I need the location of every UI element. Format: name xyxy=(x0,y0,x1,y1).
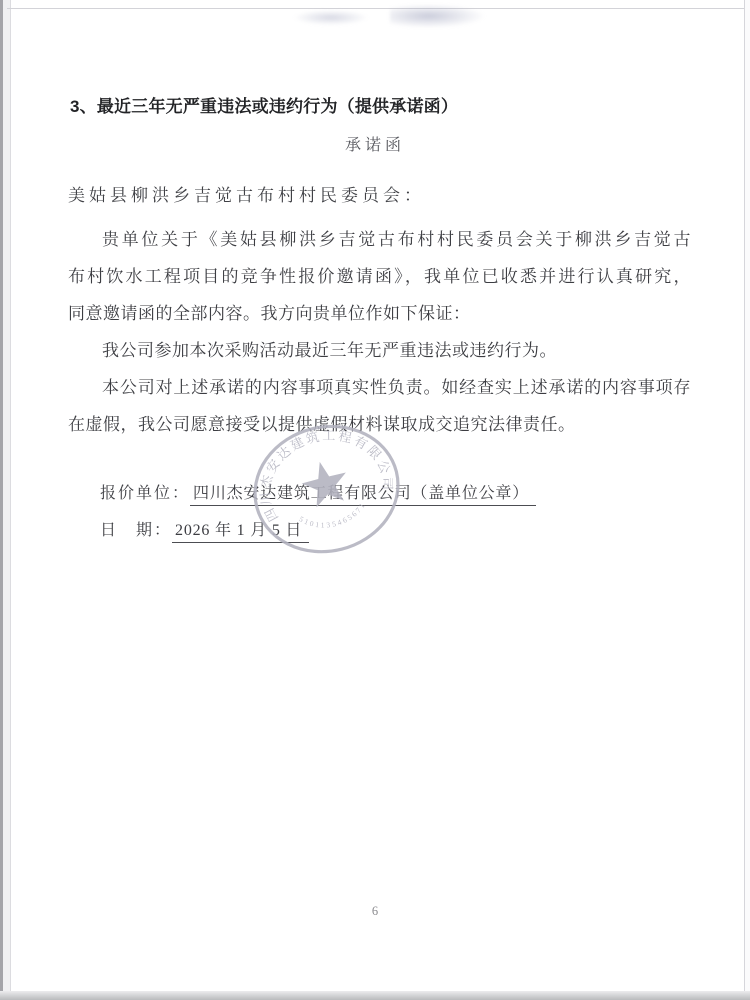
letter-title: 承诺函 xyxy=(64,132,686,155)
date-label: 日 期： xyxy=(100,522,172,539)
quoter-label: 报价单位： xyxy=(100,485,190,502)
body-line: 我公司参加本次采购活动最近三年无严重违法或违约行为。 xyxy=(68,332,691,369)
page-number: 6 xyxy=(64,904,686,919)
section-heading: 3、最近三年无严重违法或违约行为（提供承诺函） xyxy=(70,92,458,117)
scan-edge-bottom xyxy=(0,991,750,1000)
svg-text:5101135465671: 5101135465671 xyxy=(296,498,371,536)
scan-edge-left-inner xyxy=(3,0,11,1000)
scan-edge-right-outer xyxy=(745,0,750,1000)
body-line: 贵单位关于《美姑县柳洪乡吉觉古布村村民委员会关于柳洪乡吉觉古 xyxy=(68,221,691,258)
document-page: 3、最近三年无严重违法或违约行为（提供承诺函） 承诺函 美姑县柳洪乡吉觉古布村村… xyxy=(0,0,750,1000)
body-line: 布村饮水工程项目的竞争性报价邀请函》，我单位已收悉并进行认真研究， xyxy=(68,258,691,295)
scan-edge-top xyxy=(7,8,744,9)
scan-artifact xyxy=(294,10,368,25)
body-line: 本公司对上述承诺的内容事项真实性负责。如经查实上述承诺的内容事项存 xyxy=(68,369,691,406)
body-line: 同意邀请函的全部内容。我方向贵单位作如下保证： xyxy=(68,295,691,332)
seal-star-icon xyxy=(298,456,353,509)
salutation: 美姑县柳洪乡吉觉古布村村民委员会： xyxy=(68,181,425,206)
seal-registration-number: 5101135465671 xyxy=(296,498,371,536)
